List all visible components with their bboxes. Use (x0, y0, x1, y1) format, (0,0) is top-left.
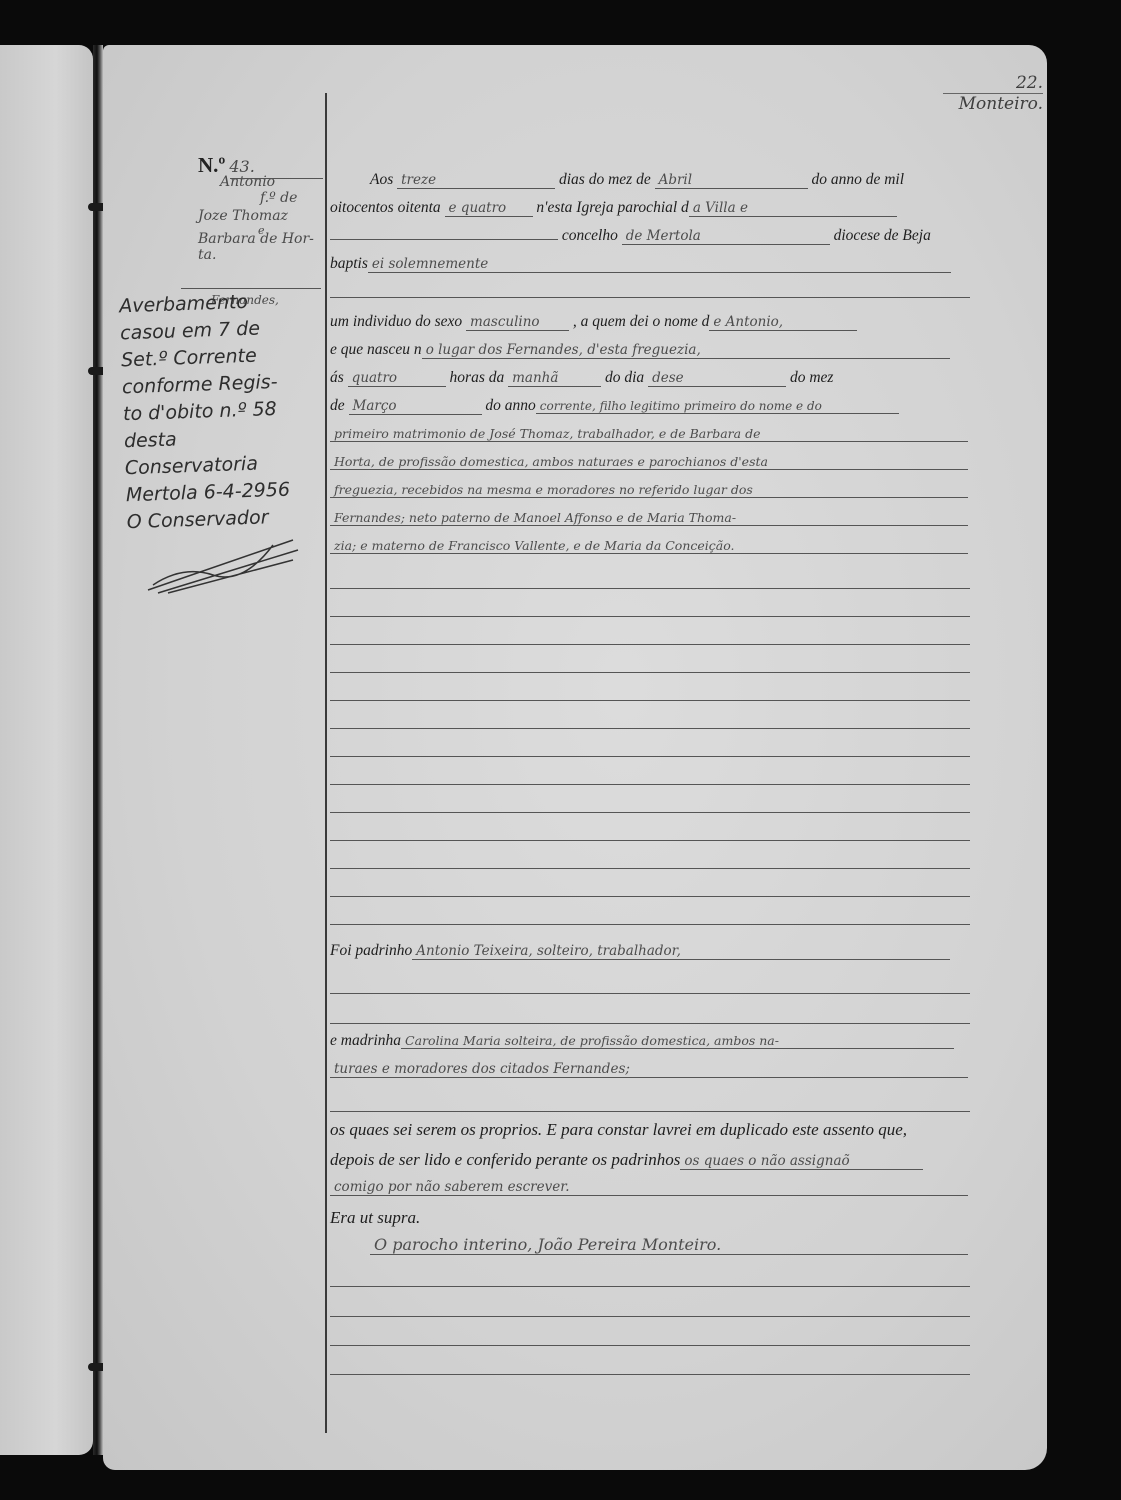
signature-flourish (143, 535, 303, 595)
printed-text: os quaes sei serem os proprios. E para c… (330, 1120, 907, 1139)
handwritten-godfather: Antonio Teixeira, solteiro, trabalhador, (412, 943, 950, 960)
marriage-annotation: Averbamento casou em 7 de Set.º Corrente… (119, 287, 317, 536)
record-line-baptism: baptisei solemnemente (330, 255, 970, 279)
priest-signature: O parocho interino, João Pereira Monteir… (370, 1235, 968, 1255)
handwritten-day: treze (397, 172, 555, 189)
ruled-line (330, 616, 970, 617)
printed-text: , a quem dei o nome d (573, 313, 709, 330)
printed-text: Foi padrinho (330, 942, 412, 959)
printed-text: baptis (330, 255, 368, 272)
book-spine (93, 45, 103, 1455)
filiation: f.º de (260, 190, 323, 206)
handwritten-continuation: freguezia, recebidos na mesma e moradore… (330, 482, 968, 498)
handwritten-hour: quatro (348, 370, 446, 387)
handwritten-baptism: ei solemnemente (368, 256, 951, 273)
child-name: Antonio (220, 174, 323, 190)
handwritten-sex: masculino (466, 314, 569, 331)
ruled-line (330, 840, 970, 841)
handwritten-birthplace: o lugar dos Fernandes, d'esta freguezia, (422, 342, 950, 359)
handwritten-council: de Mertola (622, 228, 830, 245)
handwritten-birth-month: Março (349, 398, 482, 415)
ruled-line (330, 1316, 970, 1317)
record-continuation: Fernandes; neto paterno de Manoel Affons… (330, 509, 970, 533)
record-line-council: concelho de Mertola diocese de Beja (330, 227, 970, 251)
surname-note: Monteiro. (943, 93, 1043, 114)
record-closing: depois de ser lido e conferido perante o… (330, 1150, 970, 1174)
handwritten-parish: a Villa e (689, 200, 897, 217)
record-continuation: zia; e materno de Francisco Vallente, e … (330, 537, 970, 561)
margin-rule (325, 93, 327, 1433)
handwritten-signing-note: os quaes o não assignaõ (680, 1153, 923, 1170)
printed-text: dias do mez de (559, 171, 651, 188)
record-line-year: oitocentos oitenta e quatro n'esta Igrej… (330, 199, 970, 223)
register-page: 22. Monteiro. N.º 43. Antonio f.º de Joz… (103, 45, 1047, 1470)
ruled-line (330, 728, 970, 729)
printed-text: oitocentos oitenta (330, 199, 441, 216)
ruled-line (330, 784, 970, 785)
annotation-line: O Conservador (126, 503, 317, 537)
ruled-line (330, 588, 970, 589)
ruled-line (330, 644, 970, 645)
handwritten-closing: comigo por não saberem escrever. (330, 1179, 968, 1196)
ruled-line (330, 700, 970, 701)
record-continuation: Horta, de profissão domestica, ambos nat… (330, 453, 970, 477)
page-number-value: 22. (943, 73, 1043, 93)
printed-text: de (330, 397, 345, 414)
record-signature: O parocho interino, João Pereira Monteir… (330, 1235, 970, 1259)
ruled-line (330, 812, 970, 813)
ruled-line (330, 924, 970, 925)
father-name: Joze Thomaz (198, 208, 323, 224)
page-number: 22. Monteiro. (943, 73, 1043, 114)
record-line-godmother: e madrinhaCarolina Maria solteira, de pr… (330, 1032, 970, 1056)
ruled-line (330, 1345, 970, 1346)
ruled-line (330, 1286, 970, 1287)
handwritten-continuation: Fernandes; neto paterno de Manoel Affons… (330, 510, 968, 526)
printed-text: e madrinha (330, 1032, 401, 1049)
printed-text: n'esta Igreja parochial d (536, 199, 688, 216)
handwritten-godmother: Carolina Maria solteira, de profissão do… (401, 1033, 954, 1049)
ruled-line (330, 993, 970, 994)
annotation-line: desta Conservatoria (124, 422, 316, 483)
record-line-sex: um individuo do sexo masculino , a quem … (330, 313, 970, 337)
handwritten-continuation: zia; e materno de Francisco Vallente, e … (330, 538, 968, 554)
ruled-line (330, 297, 970, 298)
record-line-godmother-cont: turaes e moradores dos citados Fernandes… (330, 1060, 970, 1084)
printed-text: depois de ser lido e conferido perante o… (330, 1150, 680, 1169)
mother-name: Barbara de Hor- (198, 231, 323, 247)
printed-text: concelho (562, 227, 618, 244)
record-line-date: Aos treze dias do mez de Abril do anno d… (330, 171, 970, 195)
printed-text: Era ut supra. (330, 1208, 420, 1227)
handwritten-name: e Antonio, (709, 314, 857, 331)
record-continuation: primeiro matrimonio de José Thomaz, trab… (330, 425, 970, 449)
record-line-birthplace: e que nasceu no lugar dos Fernandes, d'e… (330, 341, 970, 365)
margin-rule-line (230, 178, 323, 179)
handwritten-month: Abril (655, 172, 808, 189)
printed-text: do dia (605, 369, 644, 386)
handwritten-period: manhã (508, 370, 601, 387)
record-continuation: freguezia, recebidos na mesma e moradore… (330, 481, 970, 505)
ruled-line (330, 868, 970, 869)
printed-text: ás (330, 369, 344, 386)
handwritten-birth-day: dese (648, 370, 786, 387)
ruled-line (330, 1023, 970, 1024)
record-line-birth-month: de Março do annocorrente, filho legitimo… (330, 397, 970, 421)
ruled-line (330, 896, 970, 897)
handwritten-continuation: primeiro matrimonio de José Thomaz, trab… (330, 426, 968, 442)
handwritten-continuation: Horta, de profissão domestica, ambos nat… (330, 454, 968, 470)
ruled-line (330, 672, 970, 673)
printed-text: diocese de Beja (834, 227, 931, 244)
handwritten-godmother-cont: turaes e moradores dos citados Fernandes… (330, 1061, 968, 1078)
ruled-line (330, 756, 970, 757)
mother-name-cont: ta. (198, 247, 323, 263)
handwritten-filiation: corrente, filho legitimo primeiro do nom… (536, 399, 899, 414)
printed-text: do mez (790, 369, 833, 386)
printed-text: do anno de mil (811, 171, 904, 188)
ruled-line (330, 1374, 970, 1375)
record-line-time: ás quatro horas da manhã do dia dese do … (330, 369, 970, 393)
record-closing-cont: comigo por não saberem escrever. (330, 1178, 970, 1202)
ruled-line (330, 1111, 970, 1112)
printed-text: e que nasceu n (330, 341, 422, 358)
record-era: Era ut supra. (330, 1208, 970, 1232)
printed-text: horas da (450, 369, 505, 386)
printed-text: um individuo do sexo (330, 313, 462, 330)
printed-text: do anno (485, 397, 535, 414)
handwritten-year: e quatro (445, 200, 533, 217)
left-page (0, 45, 93, 1455)
entry-margin: N.º 43. Antonio f.º de Joze Thomaz e Bar… (198, 153, 323, 263)
record-closing: os quaes sei serem os proprios. E para c… (330, 1120, 970, 1144)
record-line-godfather: Foi padrinhoAntonio Teixeira, solteiro, … (330, 942, 970, 966)
printed-text: Aos (370, 171, 393, 188)
